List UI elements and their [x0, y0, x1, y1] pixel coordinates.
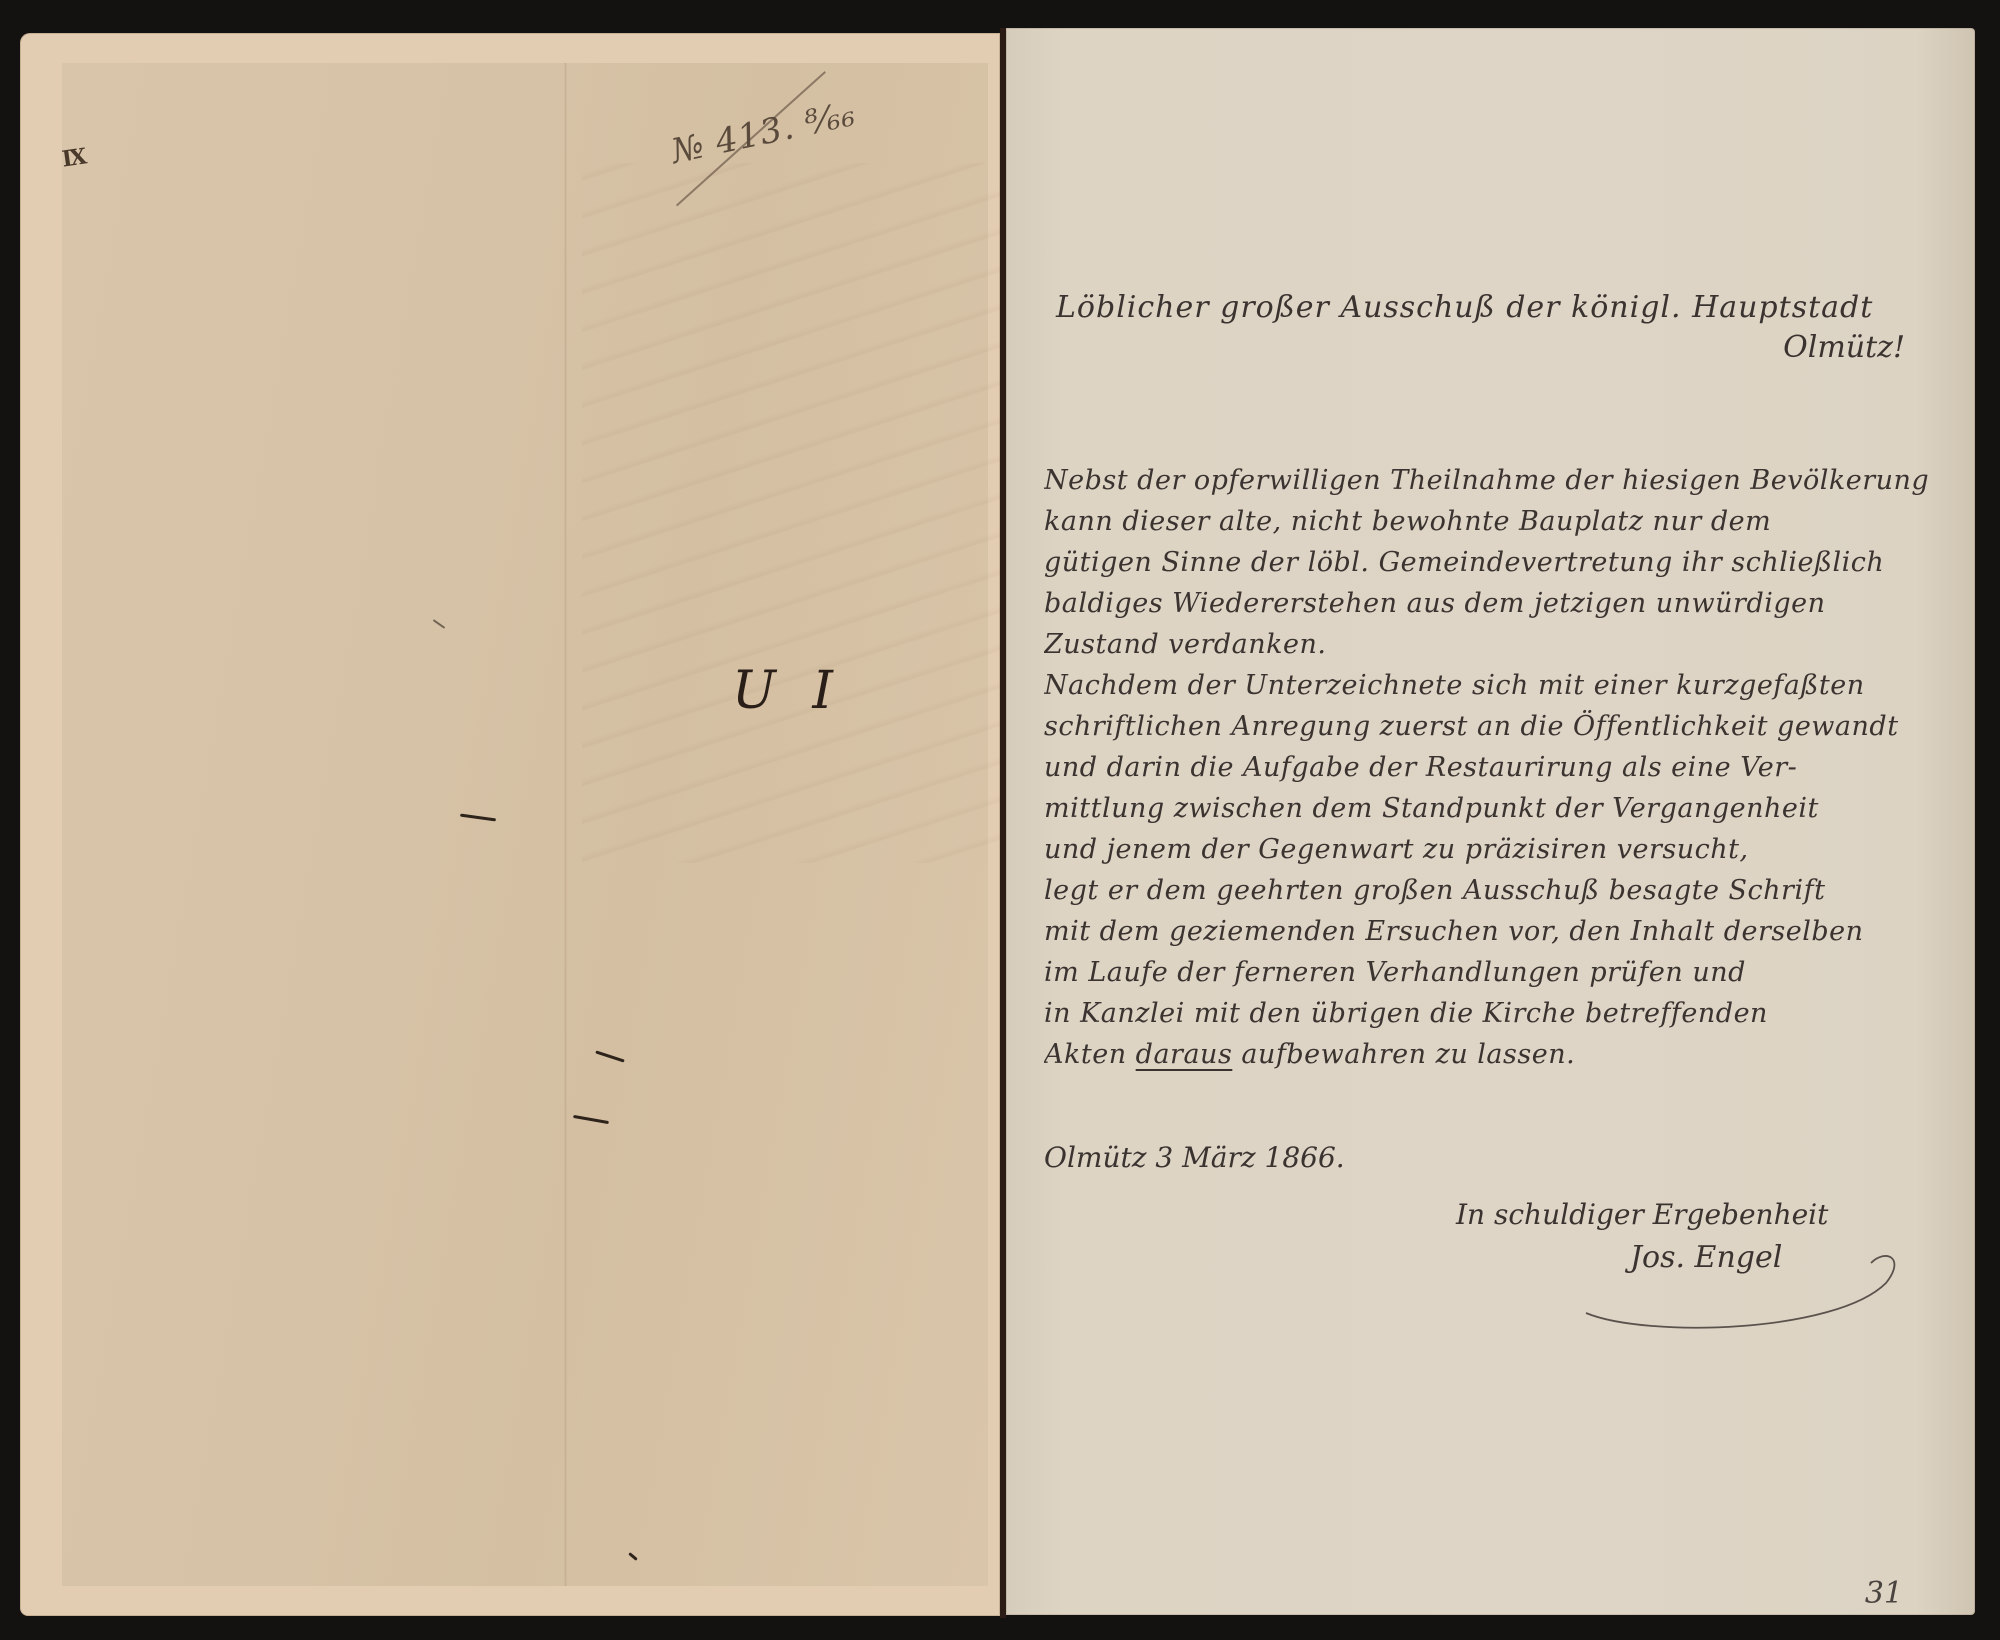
- body-line: im Laufe der ferneren Verhandlungen prüf…: [1044, 952, 1944, 993]
- left-page: Ⅸ № 413. ⁸⁄₆₆ U I: [20, 33, 1000, 1616]
- salutation-line-2: Olmütz!: [1783, 330, 1905, 365]
- body-line: baldiges Wiedererstehen aus dem jetzigen…: [1044, 583, 1944, 624]
- body-line-start: Akten: [1044, 1039, 1127, 1070]
- date-line: Olmütz 3 März 1866.: [1044, 1141, 1345, 1174]
- ink-bleed-through: [582, 163, 1022, 863]
- body-line: Nebst der opferwilligen Theilnahme der h…: [1044, 460, 1944, 501]
- page-number: 31: [1865, 1576, 1903, 1611]
- right-page: Löblicher großer Ausschuß der königl. Ha…: [1006, 28, 1975, 1615]
- body-line: Zustand verdanken.: [1044, 624, 1944, 665]
- letter-body: Nebst der opferwilligen Theilnahme der h…: [1044, 460, 1944, 1075]
- left-page-inner-panel: [62, 63, 988, 1586]
- body-line: legt er dem geehrten großen Ausschuß bes…: [1044, 870, 1944, 911]
- page-fold-line: [564, 63, 567, 1586]
- underlined-word: daraus: [1136, 1039, 1233, 1070]
- body-line: mit dem geziemenden Ersuchen vor, den In…: [1044, 911, 1944, 952]
- body-line: Nachdem der Unterzeichnete sich mit eine…: [1044, 665, 1944, 706]
- body-line: schriftlichen Anregung zuerst an die Öff…: [1044, 706, 1944, 747]
- closing-formula: In schuldiger Ergebenheit: [1456, 1198, 1828, 1231]
- body-line-final: Akten daraus aufbewahren zu lassen.: [1044, 1034, 1944, 1075]
- manuscript-spread: Ⅸ № 413. ⁸⁄₆₆ U I Löblicher großer Aussc…: [0, 0, 2000, 1640]
- body-line: gütigen Sinne der löbl. Gemeindevertretu…: [1044, 542, 1944, 583]
- folio-mark: U I: [732, 661, 843, 721]
- body-line: mittlung zwischen dem Standpunkt der Ver…: [1044, 788, 1944, 829]
- body-line: und darin die Aufgabe der Restaurirung a…: [1044, 747, 1944, 788]
- corner-mark: Ⅸ: [60, 143, 88, 172]
- body-line-end: aufbewahren zu lassen.: [1241, 1039, 1575, 1070]
- salutation-line-1: Löblicher großer Ausschuß der königl. Ha…: [1056, 290, 1936, 325]
- body-line: in Kanzlei mit den übrigen die Kirche be…: [1044, 993, 1944, 1034]
- signature-flourish-icon: [1416, 1243, 1916, 1333]
- body-line: kann dieser alte, nicht bewohnte Bauplat…: [1044, 501, 1944, 542]
- body-line: und jenem der Gegenwart zu präzisiren ve…: [1044, 829, 1944, 870]
